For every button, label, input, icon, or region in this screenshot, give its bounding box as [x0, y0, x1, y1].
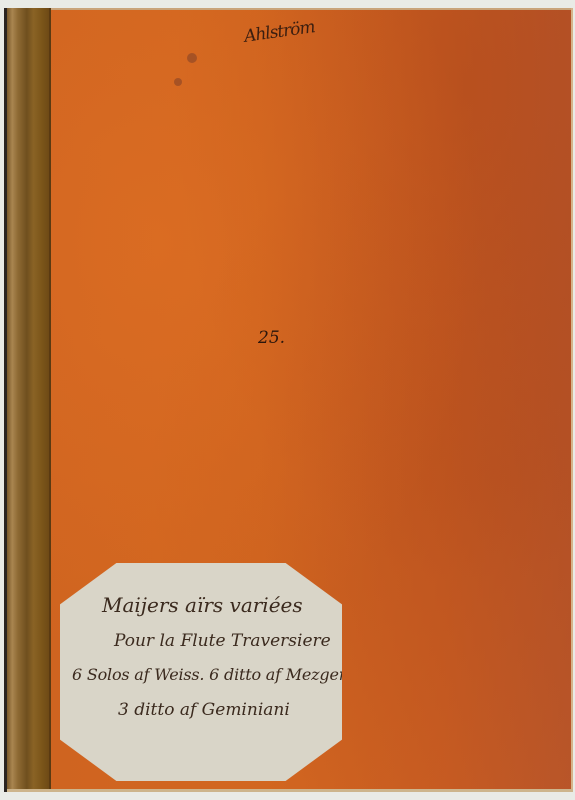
- board-edge-right: [571, 8, 573, 792]
- label-instrument-line: Pour la Flute Traversiere: [114, 631, 331, 651]
- board-edge-top: [51, 8, 573, 10]
- label-title-line: Maijers aïrs variées: [102, 593, 303, 617]
- label-contents-line: 6 Solos af Weiss. 6 ditto af Mezger: [72, 665, 346, 684]
- leather-spine: [7, 8, 51, 792]
- title-label: Maijers aïrs variées Pour la Flute Trave…: [60, 563, 342, 781]
- stain-mark: [187, 53, 197, 63]
- label-contents-line: 3 ditto af Geminiani: [118, 700, 290, 720]
- board-edge-bottom: [7, 789, 573, 792]
- stain-mark: [174, 78, 182, 86]
- shelf-number: 25.: [258, 328, 285, 348]
